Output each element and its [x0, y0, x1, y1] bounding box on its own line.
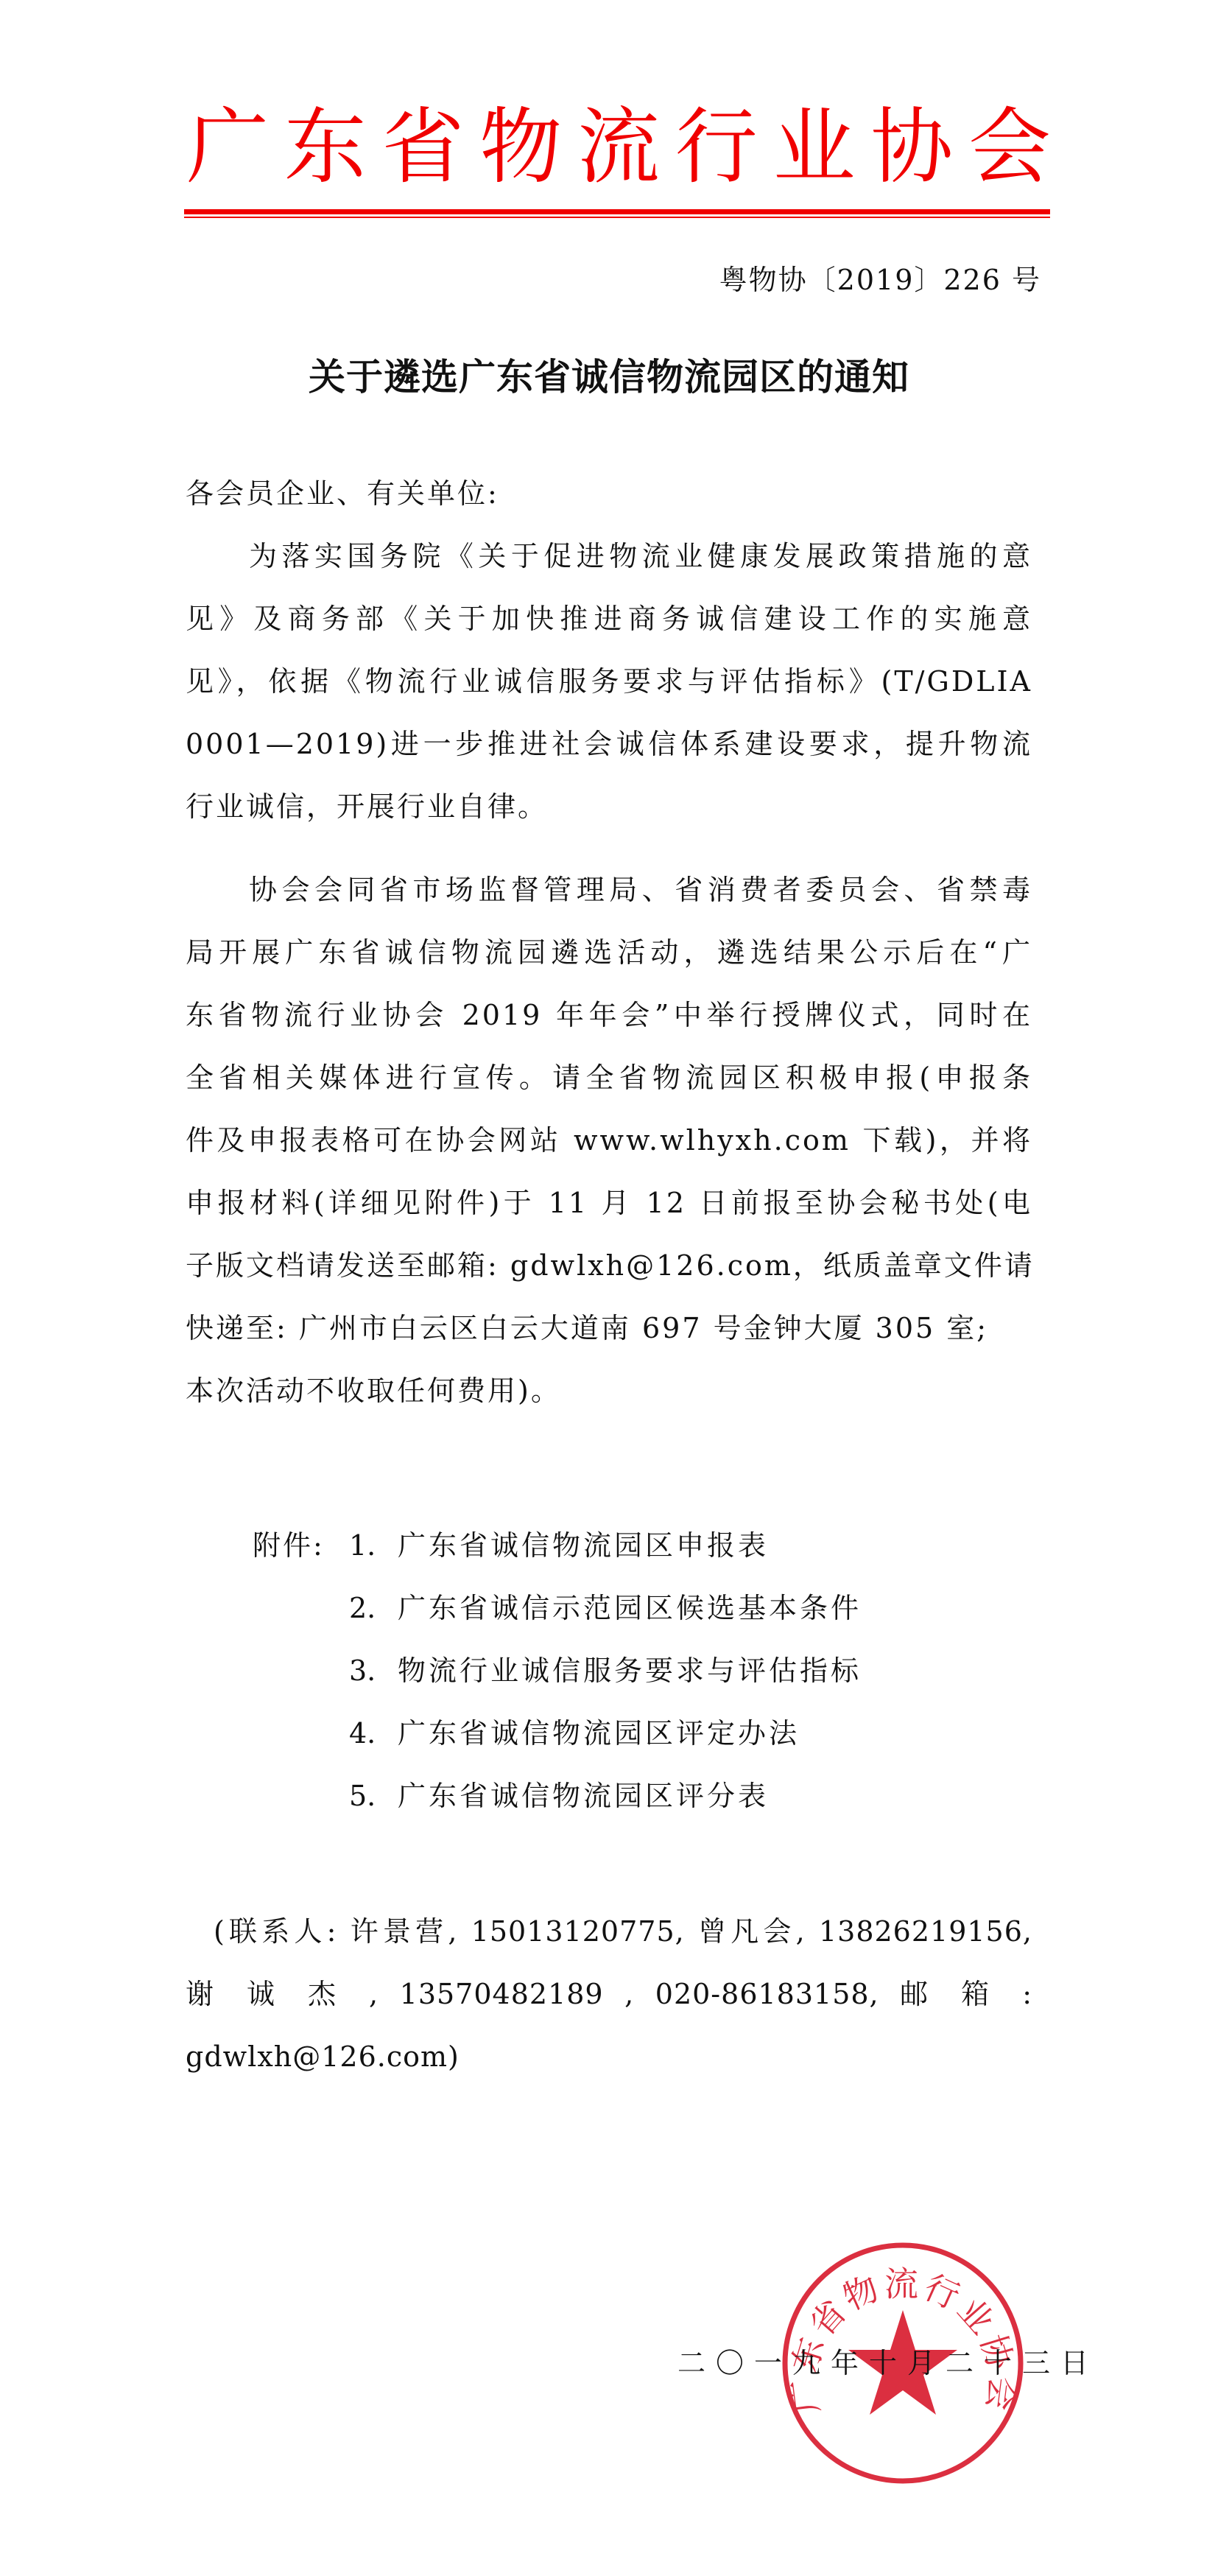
paragraph-line: 子版文档请发送至邮箱: gdwlxh@126.com，纸质盖章文件请: [186, 1247, 1032, 1284]
salutation: 各会员企业、有关单位:: [186, 475, 1032, 512]
document-title: 关于遴选广东省诚信物流园区的通知: [0, 354, 1218, 401]
org-char: 东: [282, 106, 369, 189]
paragraph-line: 行业诚信，开展行业自律。: [186, 788, 1032, 825]
paragraph-line: 局开展广东省诚信物流园遴选活动，遴选结果公示后在“广: [186, 934, 1032, 971]
org-char: 行: [673, 106, 760, 189]
attachment-item: 广东省诚信示范园区候选基本条件: [398, 1590, 862, 1626]
paragraph-line: 申报材料(详细见附件)于 11 月 12 日前报至协会秘书处(电: [186, 1185, 1032, 1221]
org-char: 业: [771, 106, 858, 189]
contact-line: (联系人: 许景营, 15013120775, 曾凡会, 13826219156…: [214, 1913, 1032, 1950]
org-char: 协: [868, 106, 955, 189]
contact-email: gdwlxh@126.com): [186, 2038, 1032, 2075]
org-letterhead-title: 广 东 省 物 流 行 业 协 会: [184, 96, 1053, 199]
org-char: 广: [184, 106, 271, 189]
paragraph-line: 见》，依据《物流行业诚信服务要求与评估指标》(T/GDLIA: [186, 663, 1032, 700]
org-char: 省: [380, 106, 467, 189]
attachment-item: 物流行业诚信服务要求与评估指标: [398, 1652, 862, 1689]
paragraph-line: 件及申报表格可在协会网站 www.wlhyxh.com 下载)，并将: [186, 1122, 1032, 1159]
attachment-number: 1.: [349, 1527, 376, 1564]
paragraph-line: 快递至: 广州市白云区白云大道南 697 号金钟大厦 305 室;: [186, 1310, 1032, 1347]
paragraph-line: 为落实国务院《关于促进物流业健康发展政策措施的意: [249, 538, 1032, 575]
org-char: 物: [477, 106, 564, 189]
org-char: 会: [966, 106, 1053, 189]
paragraph-line: 见》及商务部《关于加快推进商务诚信建设工作的实施意: [186, 600, 1032, 637]
org-char: 流: [575, 106, 662, 189]
attachment-number: 4.: [349, 1715, 376, 1752]
paragraph-line: 全省相关媒体进行宣传。请全省物流园区积极申报(申报条: [186, 1059, 1032, 1096]
attachment-number: 2.: [349, 1590, 376, 1626]
paragraph-line: 协会会同省市场监督管理局、省消费者委员会、省禁毒: [249, 871, 1032, 908]
contact-line: 谢 诚 杰 , 13570482189 , 020-86183158, 邮 箱 …: [186, 1976, 1032, 2012]
attachment-number: 5.: [349, 1777, 376, 1814]
letterhead-divider-thin: [184, 217, 1050, 218]
document-number: 粤物协〔2019〕226 号: [719, 262, 1041, 298]
letterhead-divider-thick: [184, 209, 1050, 214]
issue-date: 二〇一九年十月二十三日: [677, 2345, 1099, 2382]
attachment-item: 广东省诚信物流园区评定办法: [398, 1715, 800, 1752]
paragraph-line: 东省物流行业协会 2019 年年会”中举行授牌仪式，同时在: [186, 997, 1032, 1033]
attachment-number: 3.: [349, 1652, 376, 1689]
attachments-label: 附件:: [253, 1527, 325, 1564]
attachment-item: 广东省诚信物流园区评分表: [398, 1777, 769, 1814]
paragraph-line: 本次活动不收取任何费用)。: [186, 1372, 1032, 1409]
attachment-item: 广东省诚信物流园区申报表: [398, 1527, 769, 1564]
paragraph-line: 0001—2019)进一步推进社会诚信体系建设要求，提升物流: [186, 726, 1032, 762]
